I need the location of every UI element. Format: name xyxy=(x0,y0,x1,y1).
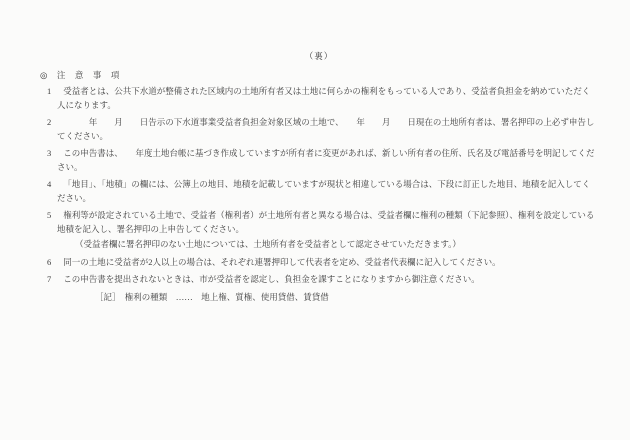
note-number: 2 xyxy=(47,117,51,127)
note-text: この申告書を提出されないときは、市が受益者を認定し、負担金を課すことになりますか… xyxy=(63,274,480,284)
note-number: 6 xyxy=(47,257,51,267)
notes-list: 1受益者とは、公共下水道が整備された区域内の土地所有者又は土地に何らかの権利をも… xyxy=(47,85,598,287)
notes-heading: ◎ 注 意 事 項 xyxy=(40,69,598,83)
page-side-label: （裏） xyxy=(40,50,598,64)
note-item-6: 6同一の土地に受益者が2人以上の場合は、それぞれ連署押印して代表者を定め、受益者… xyxy=(47,256,598,270)
note-text: 受益者とは、公共下水道が整備された区域内の土地所有者又は土地に何らかの権利をもっ… xyxy=(57,86,590,110)
note-number: 7 xyxy=(47,274,51,284)
note-item-4: 4「地目」、「地積」の欄には、公簿上の地目、地積を記載していますが現状と相違して… xyxy=(47,178,598,205)
note-text: 「地目」、「地積」の欄には、公簿上の地目、地積を記載していますが現状と相違してい… xyxy=(57,179,590,203)
note-item-1: 1受益者とは、公共下水道が整備された区域内の土地所有者又は土地に何らかの権利をも… xyxy=(47,85,598,112)
document-page: （裏） ◎ 注 意 事 項 1受益者とは、公共下水道が整備された区域内の土地所有… xyxy=(0,0,630,440)
note-item-2: 2 年 月 日告示の下水道事業受益者負担金対象区域の土地で、 年 月 日現在の土… xyxy=(47,116,598,143)
note-text: 年 月 日告示の下水道事業受益者負担金対象区域の土地で、 年 月 日現在の土地所… xyxy=(57,117,594,141)
note-number: 3 xyxy=(47,148,51,158)
note-item-5: 5権利等が設定されている土地で、受益者（権利者）が土地所有者と異なる場合は、受益… xyxy=(47,209,598,236)
note-item-3: 3この申告書は、 年度土地台帳に基づき作成していますが所有者に変更があれば、新し… xyxy=(47,147,598,174)
note-text: 同一の土地に受益者が2人以上の場合は、それぞれ連署押印して代表者を定め、受益者代… xyxy=(63,257,500,267)
note-number: 5 xyxy=(47,210,51,220)
note-text: 権利等が設定されている土地で、受益者（権利者）が土地所有者と異なる場合は、受益者… xyxy=(57,210,594,234)
note-number: 4 xyxy=(47,179,51,189)
note-number: 1 xyxy=(47,86,51,96)
note-item-7: 7この申告書を提出されないときは、市が受益者を認定し、負担金を課すことになります… xyxy=(47,273,598,287)
rights-types-footnote: ［記］ 権利の種類 …… 地上権、質権、使用貸借、賃貸借 xyxy=(95,291,598,305)
note-item-5-subnote: （受益者欄に署名押印のない土地については、土地所有者を受益者として認定させていた… xyxy=(75,238,598,252)
note-text: この申告書は、 年度土地台帳に基づき作成していますが所有者に変更があれば、新しい… xyxy=(57,148,595,172)
